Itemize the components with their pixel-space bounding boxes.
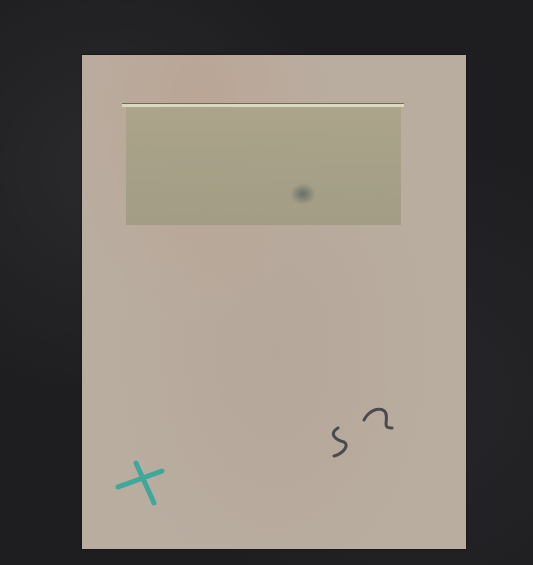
green-cross-marking xyxy=(112,455,182,515)
stamp-hinge xyxy=(126,107,401,225)
pencil-number-marking xyxy=(322,400,402,460)
stamp-back xyxy=(82,55,466,549)
hinge-ink-smudge xyxy=(290,183,316,205)
